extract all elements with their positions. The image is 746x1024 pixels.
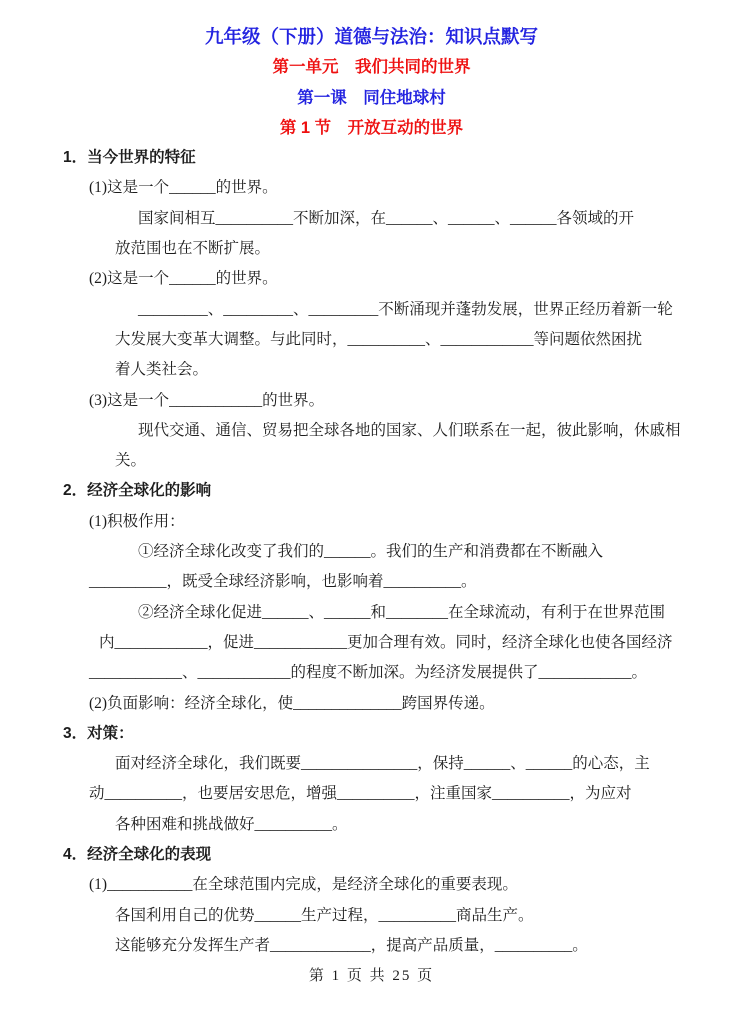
worksheet-body: 1．当今世界的特征(1)这是一个______的世界。国家间相互_________…: [63, 143, 680, 961]
worksheet-line: 面对经济全球化，我们既要_______________，保持______、___…: [63, 749, 680, 779]
lesson-title: 第一课 同住地球村: [63, 83, 680, 113]
worksheet-line: 大发展大变革大调整。与此同时，__________、____________等问…: [63, 325, 680, 355]
worksheet-line: 3．对策：: [63, 719, 680, 749]
worksheet-line: 关。: [63, 446, 680, 476]
worksheet-line: __________，既受全球经济影响，也影响着__________。: [63, 567, 680, 597]
worksheet-line: (3)这是一个____________的世界。: [63, 386, 680, 416]
worksheet-line: 各种困难和挑战做好__________。: [63, 810, 680, 840]
worksheet-line: 动__________，也要居安思危，增强__________，注重国家____…: [63, 779, 680, 809]
doc-title: 九年级（下册）道德与法治：知识点默写: [63, 22, 680, 52]
worksheet-line: (1)这是一个______的世界。: [63, 173, 680, 203]
worksheet-line: ①经济全球化改变了我们的______。我们的生产和消费都在不断融入: [63, 537, 680, 567]
worksheet-line: 内____________，促进____________更加合理有效。同时，经济…: [63, 628, 680, 658]
worksheet-line: 着人类社会。: [63, 355, 680, 385]
worksheet-line: 2．经济全球化的影响: [63, 476, 680, 506]
page-number: 第 1 页 共 25 页: [63, 961, 680, 991]
worksheet-line: (1)积极作用：: [63, 507, 680, 537]
worksheet-line: 国家间相互__________不断加深，在______、______、_____…: [63, 204, 680, 234]
worksheet-line: (2)这是一个______的世界。: [63, 264, 680, 294]
worksheet-page: 九年级（下册）道德与法治：知识点默写 第一单元 我们共同的世界 第一课 同住地球…: [0, 0, 746, 1024]
worksheet-line: _________、_________、_________不断涌现并蓬勃发展，世…: [63, 295, 680, 325]
section-title: 第 1 节 开放互动的世界: [63, 113, 680, 143]
worksheet-line: ____________、____________的程度不断加深。为经济发展提供…: [63, 658, 680, 688]
worksheet-line: 这能够充分发挥生产者_____________，提高产品质量，_________…: [63, 931, 680, 961]
worksheet-line: 4．经济全球化的表现: [63, 840, 680, 870]
worksheet-line: (1)___________在全球范围内完成，是经济全球化的重要表现。: [63, 870, 680, 900]
unit-title: 第一单元 我们共同的世界: [63, 52, 680, 82]
worksheet-line: 1．当今世界的特征: [63, 143, 680, 173]
worksheet-line: 放范围也在不断扩展。: [63, 234, 680, 264]
worksheet-line: 各国利用自己的优势______生产过程，__________商品生产。: [63, 901, 680, 931]
worksheet-line: (2)负面影响：经济全球化，使______________跨国界传递。: [63, 689, 680, 719]
worksheet-line: ②经济全球化促进______、______和________在全球流动，有利于在…: [63, 598, 680, 628]
worksheet-line: 现代交通、通信、贸易把全球各地的国家、人们联系在一起，彼此影响，休戚相: [63, 416, 680, 446]
